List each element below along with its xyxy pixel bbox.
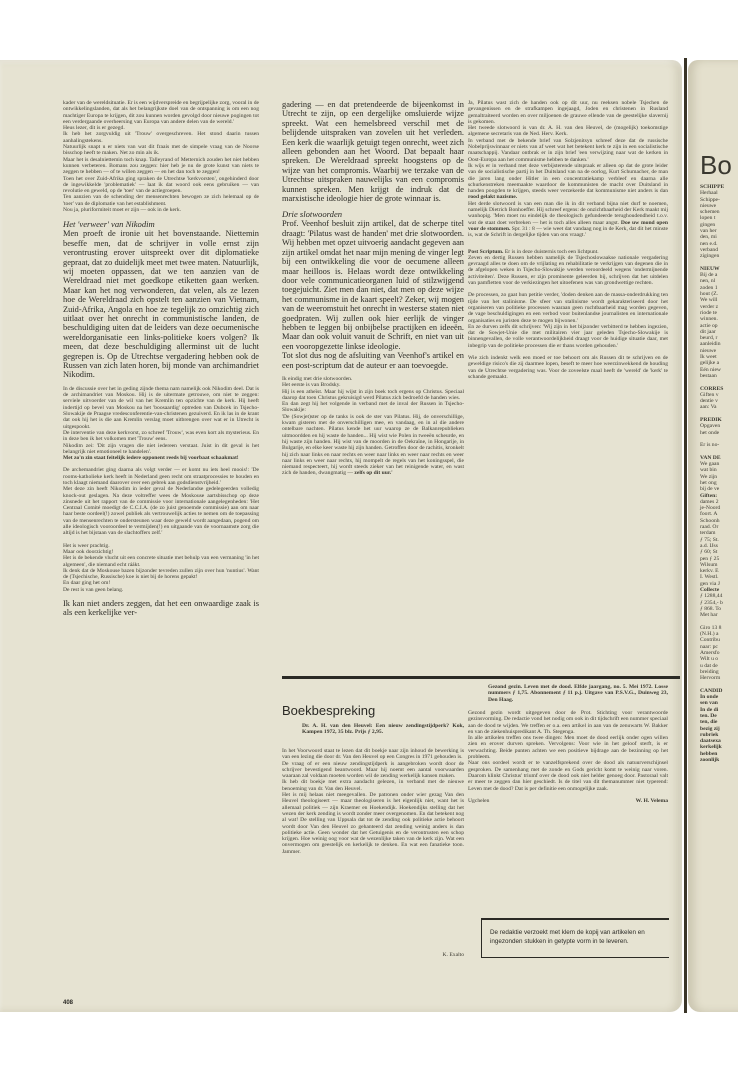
- book-review-author: K. Exalto: [282, 952, 464, 958]
- paragraph: kader van de wereldsituatie. Er is een w…: [63, 100, 259, 125]
- paragraph: Ja, Pilatus wast zich de handen ook op d…: [468, 100, 668, 125]
- paragraph: De archemandriet ging daarna als volgt v…: [63, 467, 259, 486]
- page-number: 408: [63, 1000, 73, 1006]
- paragraph: En ze durven zelfs dit schrijven: 'Wij z…: [468, 324, 668, 349]
- column-2: gadering — en dat pretendeerde de bijeen…: [282, 100, 464, 477]
- paragraph: Ik wijs er in verband met deze verbijste…: [468, 163, 668, 201]
- paragraph: En dan zegt hij het volgende in verband …: [282, 401, 464, 414]
- nikodim-paragraphs: In de discussie over het in geding zijnd…: [63, 386, 259, 462]
- paragraph: De vraag of er een nieuw zendingstijdper…: [282, 761, 464, 780]
- magazine-review-body: Gezond gezin wordt uitgegeven door de Pr…: [468, 710, 668, 804]
- book-review-heading: Boekbespreking: [282, 703, 375, 718]
- archimandriet-paragraphs: De archemandriet ging daarna als volgt v…: [63, 467, 259, 536]
- paragraph: Wie zich indenkt welk een moed er toe be…: [468, 355, 668, 380]
- magazine-review-info: Gezond gezin. Leven met de dood. Elfde j…: [488, 684, 668, 703]
- next-page-title-fragment: Bo: [700, 150, 732, 181]
- notice-text: De redaktie verzoekt met klem de kopij v…: [490, 929, 645, 945]
- paragraph: Naar ons oordeel wordt er te vanzelfspre…: [468, 760, 668, 791]
- paragraph: Zeven en dertig Russen hebben namelijk d…: [468, 255, 668, 286]
- paragraph: Nikodim zei: 'Dit zijn vragen die niet i…: [63, 443, 259, 456]
- paragraph: Ik denk dat de Moskouse bazen bijzonder …: [63, 568, 259, 581]
- paragraph: Maar het is desalniettemin toch knap. Ta…: [63, 157, 259, 176]
- paragraph: Het is de bekende vlucht uit een concret…: [63, 555, 259, 568]
- paragraph: In het Voorwoord staat te lezen dat dit …: [282, 748, 464, 761]
- book-review-book-info: Dr. A. H. van den Heuvel: Een nieuw zend…: [302, 723, 464, 736]
- paragraph: Het derde slotwoord is van een man die i…: [468, 201, 668, 239]
- paragraph-veenhof: Prof. Veenhof besluit zijn artikel, dat …: [282, 219, 464, 351]
- paragraph: De interventie van deze kerkvorst, zo sc…: [63, 430, 259, 443]
- paragraph: Met deze zin heeft Nikodim in ieder geva…: [63, 486, 259, 536]
- paragraph: Ten aanzien van de schending der mensenr…: [63, 194, 259, 207]
- brodsky-paragraphs: Ik eindig met drie slotwoorden.Het eerst…: [282, 376, 464, 477]
- magazine-page-right-partial: Bo SCHIPPEHerhaalSchippe-nieuweschemenlo…: [688, 60, 738, 1012]
- paragraph-continuation: gadering — en dat pretendeerde de bijeen…: [282, 100, 464, 203]
- magazine-review-author: W. H. Velema: [636, 798, 668, 804]
- next-page-text-fragments: SCHIPPEHerhaalSchippe-nieuweschemenlopen…: [700, 184, 738, 763]
- magazine-review-place: Ugchelen: [468, 798, 489, 804]
- paragraph: Hij is een atheïst. Maar hij wijst in zi…: [282, 389, 464, 402]
- paragraph-afsluiting: Tot slot dus nog de afsluiting van Veenh…: [282, 351, 464, 370]
- paragraph: Gezond gezin wordt uitgegeven door de Pr…: [468, 710, 668, 735]
- paragraph: Ik heb dit boekje met extra aandacht gel…: [282, 779, 464, 792]
- paragraph: Het is mij helaas niet meegevallen. De p…: [282, 792, 464, 855]
- lead-paragraph: Men proeft de ironie uit het bovenstaand…: [63, 229, 259, 380]
- paragraph: Toen het over Zuid-Afrika ging spraken d…: [63, 176, 259, 195]
- book-spine: [684, 58, 687, 1013]
- paragraph: Met zo'n zin staat feitelijk iedere oppo…: [63, 455, 259, 461]
- paragraph: 'De (Sowjet)ster op de tanks is ook de s…: [282, 414, 464, 477]
- subheading-verweer-nikodim: Het 'verweer' van Nikodim: [63, 219, 259, 229]
- paragraph: In verband met de bekende brief van Solz…: [468, 138, 668, 163]
- closing-paragraphs: Het is weer prachtig.Maar ook doorzichti…: [63, 543, 259, 593]
- paragraph: Het tweede slotwoord is van dr. A. H. va…: [468, 125, 668, 138]
- paragraph: In de discussie over het in geding zijnd…: [63, 386, 259, 430]
- paragraph: De processen, zo gaat hun petitie verder…: [468, 292, 668, 323]
- editorial-notice-box: De redaktie verzoekt met klem de kopij v…: [481, 918, 669, 958]
- bold-quote-tail: zelfs op dit uur.': [354, 470, 392, 476]
- column-1: kader van de wereldsituatie. Er is een w…: [63, 100, 259, 618]
- paragraph: Natuurlijk snapt u er niets van wat dit …: [63, 144, 259, 157]
- section-divider-rule: [282, 676, 680, 679]
- column-3: Ja, Pilatus wast zich de handen ook op d…: [468, 100, 668, 380]
- paragraph: Ik heb het zorgvuldig uit 'Trouw' overge…: [63, 131, 259, 144]
- next-page-line: zoonlijk: [700, 757, 738, 763]
- magazine-review-signature: Ugchelen W. H. Velema: [468, 798, 668, 804]
- final-large-paragraph: Ik kan niet anders zeggen, dat het een o…: [63, 599, 259, 618]
- intro-paragraphs: kader van de wereldsituatie. Er is een w…: [63, 100, 259, 213]
- subheading-drie-slotwoorden: Drie slotwoorden: [282, 209, 464, 219]
- paragraph: In alle artikelen treffen ons twee dinge…: [468, 735, 668, 760]
- paragraph: Nou ja, pluriformiteit moet er zijn — oo…: [63, 207, 259, 213]
- book-review-body: In het Voorwoord staat te lezen dat dit …: [282, 748, 464, 855]
